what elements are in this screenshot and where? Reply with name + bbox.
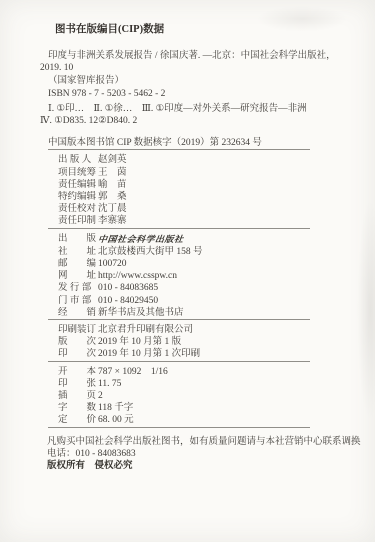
impression-row: 印 次2019 年 10 月第 1 次印刷 — [40, 348, 330, 360]
website-url: http://www.csspw.cn — [98, 271, 177, 281]
cip-title-line1: 印度与非洲关系发展报告 / 徐国庆著. —北京：中国社会科学出版社， — [40, 50, 330, 62]
cip-series: （国家智库报告） — [40, 75, 330, 87]
staff-block: 出 版 人赵剑英 项目统筹王 茵 责任编辑喻 苗 特约编辑郭 桑 责任校对沈丁晨… — [40, 154, 330, 227]
price-row: 定 价68. 00 元 — [40, 414, 330, 426]
staff-row-managing-editor: 责任编辑喻 苗 — [40, 179, 330, 191]
row-value: 2019 年 10 月第 1 版 — [98, 337, 181, 347]
row-label: 邮 编 — [58, 258, 96, 270]
inserts-row: 插 页2 — [40, 390, 330, 402]
publisher-label: 出 版 — [58, 233, 96, 245]
staff-label: 责任印制 — [58, 215, 96, 227]
address-row: 社 址北京鼓楼西大街甲 158 号 — [40, 246, 330, 258]
row-label: 印 张 — [58, 378, 96, 390]
postcode-row: 邮 编100720 — [40, 258, 330, 270]
divider — [48, 228, 310, 229]
staff-label: 出 版 人 — [58, 154, 96, 166]
sheet-size-row: 开 本787 × 1092 1/16 — [40, 366, 330, 378]
staff-row-special-editor: 特约编辑郭 桑 — [40, 191, 330, 203]
row-value: 2019 年 10 月第 1 次印刷 — [98, 349, 200, 359]
staff-value: 郭 桑 — [98, 192, 127, 202]
row-label: 插 页 — [58, 390, 96, 402]
copyright-statement: 版权所有 侵权必究 — [47, 460, 330, 472]
staff-value: 沈丁晨 — [98, 204, 127, 214]
divider — [48, 427, 310, 428]
scan-smudge-right — [357, 200, 375, 420]
cip-heading: 图书在版编目(CIP)数据 — [40, 23, 330, 36]
row-label: 版 次 — [58, 336, 96, 348]
staff-value: 喻 苗 — [98, 180, 127, 190]
row-value: 010 - 84029450 — [98, 296, 158, 306]
row-value: 100720 — [98, 259, 127, 269]
staff-label: 责任编辑 — [58, 179, 96, 191]
cip-class-line1: Ⅰ. ①印… Ⅱ. ①徐… Ⅲ. ①印度—对外关系—研究报告—非洲 — [40, 103, 330, 115]
staff-value: 赵剑英 — [98, 155, 127, 165]
divider — [48, 319, 310, 320]
row-value: 新华书店及其他书店 — [98, 308, 184, 318]
copyright-page: 图书在版编目(CIP)数据 印度与非洲关系发展报告 / 徐国庆著. —北京：中国… — [0, 0, 375, 542]
row-label: 发 行 部 — [58, 282, 96, 294]
format-block: 开 本787 × 1092 1/16 印 张11. 75 插 页2 字 数118… — [40, 366, 330, 427]
printing-block: 印刷装订北京君升印刷有限公司 版 次2019 年 10 月第 1 版 印 次20… — [40, 324, 330, 361]
cip-isbn: ISBN 978 - 7 - 5203 - 5462 - 2 — [40, 88, 330, 100]
printed-sheets-row: 印 张11. 75 — [40, 378, 330, 390]
staff-row-proofreader: 责任校对沈丁晨 — [40, 203, 330, 215]
retail-dept-row: 门 市 部010 - 84029450 — [40, 295, 330, 307]
staff-row-project-coordinator: 项目统筹王 茵 — [40, 167, 330, 179]
quality-notice-text: 凡购买中国社会科学出版社图书，如有质量问题请与本社营销中心联系调换 — [47, 436, 330, 448]
row-value: 北京君升印刷有限公司 — [98, 325, 193, 335]
printing-binding-row: 印刷装订北京君升印刷有限公司 — [40, 324, 330, 336]
row-value: 2 — [98, 391, 103, 401]
staff-row-publisher-person: 出 版 人赵剑英 — [40, 154, 330, 166]
staff-value: 李寨寨 — [98, 216, 127, 226]
staff-row-print-supervisor: 责任印制李寨寨 — [40, 215, 330, 227]
distribution-dept-row: 发 行 部010 - 84083685 — [40, 282, 330, 294]
row-label: 定 价 — [58, 414, 96, 426]
cip-block: 图书在版编目(CIP)数据 印度与非洲关系发展报告 / 徐国庆著. —北京：中国… — [40, 23, 330, 149]
row-label: 网 址 — [58, 270, 96, 282]
row-value: 11. 75 — [98, 379, 121, 389]
cip-title-line2: 2019. 10 — [40, 62, 330, 74]
row-label: 门 市 部 — [58, 295, 96, 307]
row-label: 字 数 — [58, 402, 96, 414]
publisher-row: 出 版中国社会科学出版社 — [40, 233, 330, 246]
divider — [48, 149, 310, 150]
row-value: 010 - 84083685 — [98, 283, 158, 293]
row-label: 印 次 — [58, 348, 96, 360]
row-value: 787 × 1092 1/16 — [98, 367, 168, 377]
website-row: 网 址http://www.csspw.cn — [40, 270, 330, 282]
price-value: 68. 00 元 — [98, 415, 134, 425]
staff-value: 王 茵 — [98, 168, 127, 178]
publisher-calligraphy-logotype: 中国社会科学出版社 — [97, 233, 184, 245]
row-value: 118 千字 — [98, 403, 133, 413]
divider — [48, 361, 310, 362]
row-value: 北京鼓楼西大街甲 158 号 — [98, 247, 203, 257]
row-label: 印刷装订 — [58, 324, 96, 336]
service-phone: 电话：010 - 84083683 — [47, 448, 330, 460]
quality-notice-block: 凡购买中国社会科学出版社图书，如有质量问题请与本社营销中心联系调换 电话：010… — [40, 436, 330, 473]
publisher-block: 出 版中国社会科学出版社 社 址北京鼓楼西大街甲 158 号 邮 编100720… — [40, 233, 330, 319]
distributor-row: 经 销新华书店及其他书店 — [40, 307, 330, 319]
cip-record-number: 中国版本图书馆 CIP 数据核字（2019）第 232634 号 — [40, 137, 330, 149]
row-label: 开 本 — [58, 366, 96, 378]
staff-label: 特约编辑 — [58, 191, 96, 203]
edition-row: 版 次2019 年 10 月第 1 版 — [40, 336, 330, 348]
row-label: 社 址 — [58, 246, 96, 258]
staff-label: 责任校对 — [58, 203, 96, 215]
cip-class-line2: Ⅳ. ①D835. 12②D840. 2 — [40, 115, 330, 127]
staff-label: 项目统筹 — [58, 167, 96, 179]
word-count-row: 字 数118 千字 — [40, 402, 330, 414]
row-label: 经 销 — [58, 307, 96, 319]
